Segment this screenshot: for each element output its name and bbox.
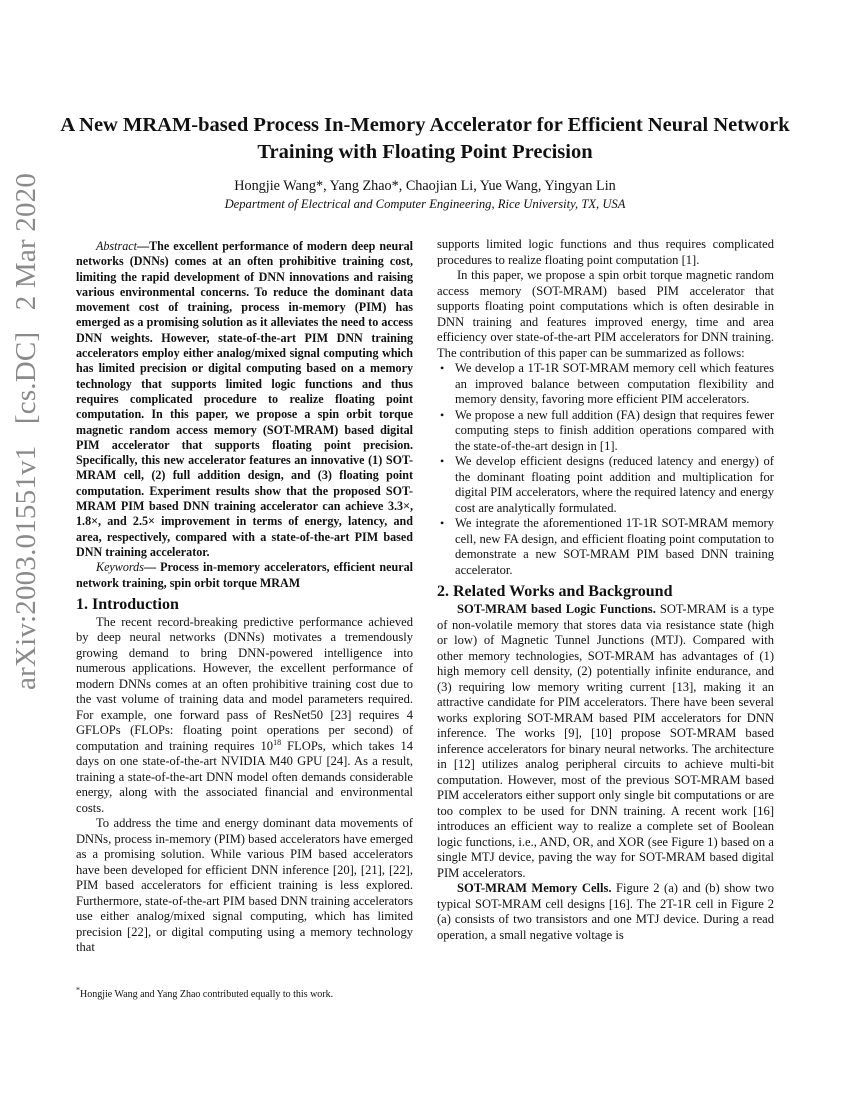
arxiv-id[interactable]: arXiv:2003.01551v1	[10, 446, 42, 690]
keywords-label: Keywords	[96, 560, 144, 574]
arxiv-stamp: arXiv:2003.01551v1 [cs.DC] 2 Mar 2020	[10, 159, 43, 690]
contribution-item: We propose a new full addition (FA) desi…	[455, 408, 774, 455]
intro-paragraph-2-continued: supports limited logic functions and thu…	[437, 237, 774, 268]
related-paragraph-1: SOT-MRAM based Logic Functions. SOT-MRAM…	[437, 602, 774, 881]
affiliation: Department of Electrical and Computer En…	[60, 195, 790, 213]
abstract: Abstract—The excellent performance of mo…	[76, 239, 413, 560]
contribution-item: We develop a 1T-1R SOT-MRAM memory cell …	[455, 361, 774, 408]
intro-paragraph-2: To address the time and energy dominant …	[76, 816, 413, 956]
arxiv-category: [cs.DC]	[10, 332, 42, 424]
paragraph-lead: SOT-MRAM Memory Cells.	[457, 881, 612, 895]
paper-title: A New MRAM-based Process In-Memory Accel…	[60, 112, 790, 166]
title-line-2: Training with Floating Point Precision	[60, 139, 790, 166]
intro-paragraph-1: The recent record-breaking predictive pe…	[76, 615, 413, 817]
left-column: Abstract—The excellent performance of mo…	[76, 239, 413, 956]
abstract-label: Abstract	[96, 239, 137, 253]
paragraph-lead: SOT-MRAM based Logic Functions.	[457, 602, 656, 616]
intro-paragraph-3: In this paper, we propose a spin orbit t…	[437, 268, 774, 361]
title-line-1: A New MRAM-based Process In-Memory Accel…	[60, 112, 790, 139]
section-heading-related-works: 2. Related Works and Background	[437, 583, 774, 601]
keywords: Keywords— Process in-memory accelerators…	[76, 560, 413, 591]
author-list: Hongjie Wang*, Yang Zhao*, Chaojian Li, …	[60, 177, 790, 195]
related-paragraph-2: SOT-MRAM Memory Cells. Figure 2 (a) and …	[437, 881, 774, 943]
exponent: 18	[273, 738, 281, 747]
contribution-item: We integrate the aforementioned 1T-1R SO…	[455, 516, 774, 578]
arxiv-date: 2 Mar 2020	[10, 173, 42, 310]
section-heading-introduction: 1. Introduction	[76, 596, 413, 614]
related-p1-text: SOT-MRAM is a type of non-volatile memor…	[437, 602, 774, 880]
intro-p1-text-a: The recent record-breaking predictive pe…	[76, 615, 413, 753]
contributions-list: We develop a 1T-1R SOT-MRAM memory cell …	[437, 361, 774, 578]
contribution-item: We develop efficient designs (reduced la…	[455, 454, 774, 516]
footnote-text: Hongjie Wang and Yang Zhao contributed e…	[80, 989, 333, 1000]
right-column: supports limited logic functions and thu…	[437, 237, 774, 943]
abstract-text: —The excellent performance of modern dee…	[76, 239, 413, 559]
footnote: *Hongjie Wang and Yang Zhao contributed …	[76, 989, 413, 1001]
